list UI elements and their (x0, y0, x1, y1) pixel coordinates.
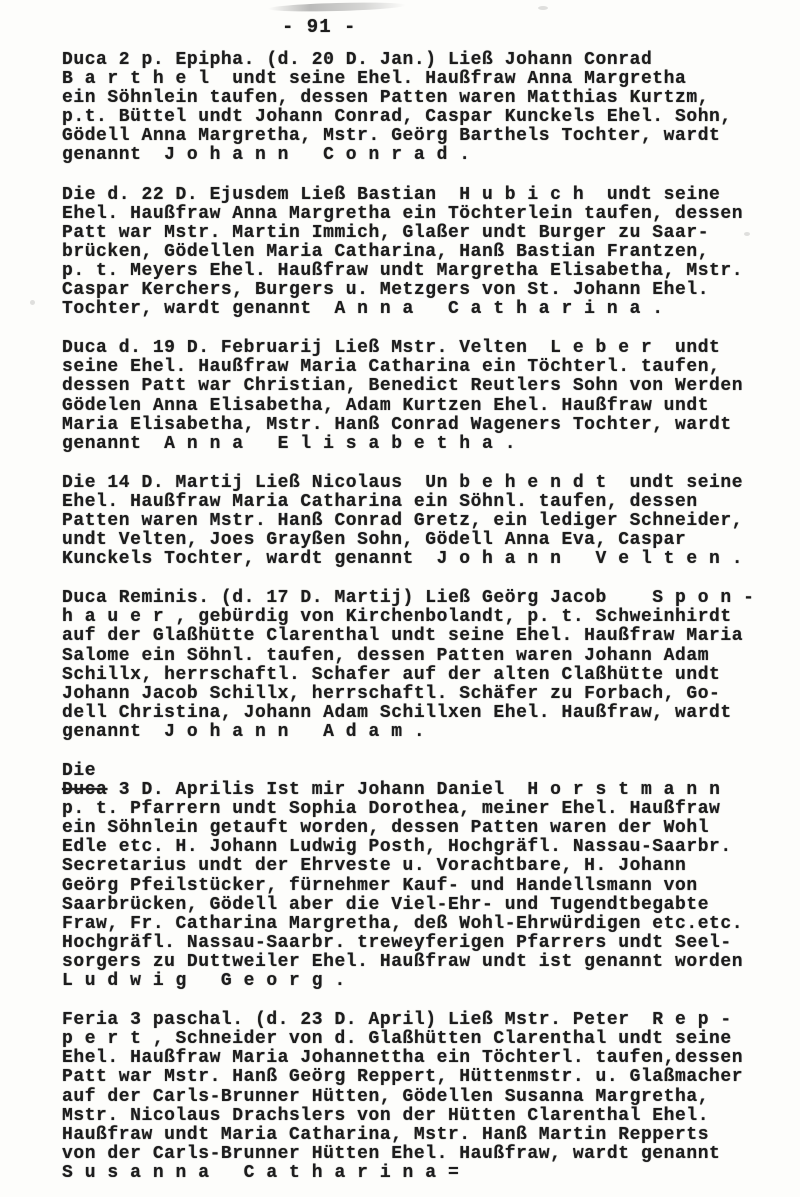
text-line: Saarbrücken, Gödell aber die Viel-Ehr- u… (62, 896, 800, 915)
text-line: genannt A n n a E l i s a b e t h a . (62, 435, 800, 454)
text-line: Salome ein Söhnl. taufen, dessen Patten … (62, 647, 800, 666)
page-number: - 91 - (282, 16, 800, 38)
baptism-entry: Duca d. 19 D. Februarij Ließ Mstr. Velte… (62, 339, 800, 454)
text-line: ein Söhnlein taufen, dessen Patten waren… (62, 89, 800, 108)
text-line: dessen Patt war Christian, Benedict Reut… (62, 377, 800, 396)
text-line: Ehel. Haußfraw Maria Johannettha ein Töc… (62, 1049, 800, 1068)
text-line: Feria 3 paschal. (d. 23 D. April) Ließ M… (62, 1011, 800, 1030)
baptism-entry: Duca 2 p. Epipha. (d. 20 D. Jan.) Ließ J… (62, 51, 800, 166)
text-line: genannt J o h a n n A d a m . (62, 723, 800, 742)
text-line: Fraw, Fr. Catharina Margretha, deß Wohl-… (62, 915, 800, 934)
text-line: Geörg Pfeilstücker, fürnehmer Kauf- und … (62, 877, 800, 896)
text-line: Die (62, 762, 800, 781)
baptism-entries: Duca 2 p. Epipha. (d. 20 D. Jan.) Ließ J… (62, 51, 800, 1183)
text-line: p e r t , Schneider von d. Glaßhütten Cl… (62, 1030, 800, 1049)
baptism-entry: Feria 3 paschal. (d. 23 D. April) Ließ M… (62, 1011, 800, 1183)
text-line: sorgers zu Duttweiler Ehel. Haußfraw und… (62, 953, 800, 972)
text-line: Patten waren Mstr. Hanß Conrad Gretz, ei… (62, 512, 800, 531)
scan-artifact-speck (744, 232, 750, 236)
scan-artifact-smudge (268, 1, 406, 13)
text-line: Patt war Mstr. Hanß Geörg Reppert, Hütte… (62, 1068, 800, 1087)
text-segment: 3 D. Aprilis Ist mir Johann Daniel H o r… (107, 780, 720, 800)
text-line: L u d w i g G e o r g . (62, 972, 800, 991)
text-line: p.t. Büttel undt Johann Conrad, Caspar K… (62, 108, 800, 127)
document-page: - 91 - Duca 2 p. Epipha. (d. 20 D. Jan.)… (0, 0, 800, 1197)
text-line: Die d. 22 D. Ejusdem Ließ Bastian H u b … (62, 186, 800, 205)
text-line: undt Velten, Joes Grayßen Sohn, Gödell A… (62, 531, 800, 550)
struck-text: Duca (62, 780, 107, 800)
text-line: auf der Carls-Brunner Hütten, Gödellen S… (62, 1088, 800, 1107)
text-line: Die 14 D. Martij Ließ Nicolaus Un b e h … (62, 474, 800, 493)
text-line: Caspar Kerchers, Burgers u. Metzgers von… (62, 281, 800, 300)
text-line: seine Ehel. Haußfraw Maria Catharina ein… (62, 358, 800, 377)
text-line: dell Christina, Johann Adam Schillxen Eh… (62, 704, 800, 723)
text-line: Duca 2 p. Epipha. (d. 20 D. Jan.) Ließ J… (62, 51, 800, 70)
text-line: Gödelen Anna Elisabetha, Adam Kurtzen Eh… (62, 397, 800, 416)
text-line: p. t. Pfarrern undt Sophia Dorothea, mei… (62, 800, 800, 819)
scan-artifact-speck (538, 6, 548, 10)
text-line: Patt war Mstr. Martin Immich, Glaßer und… (62, 224, 800, 243)
text-line: Gödell Anna Margretha, Mstr. Geörg Barth… (62, 127, 800, 146)
text-line: p. t. Meyers Ehel. Haußfraw undt Margret… (62, 262, 800, 281)
text-line: von der Carls-Brunner Hütten Ehel. Haußf… (62, 1145, 800, 1164)
text-line: Duca 3 D. Aprilis Ist mir Johann Daniel … (62, 781, 800, 800)
text-line: S u s a n n a C a t h a r i n a = (62, 1164, 800, 1183)
text-line: Hochgräfl. Nassau-Saarbr. treweyferigen … (62, 934, 800, 953)
text-line: Johann Jacob Schillx, herrschaftl. Schäf… (62, 685, 800, 704)
text-line: ein Söhnlein getauft worden, dessen Patt… (62, 819, 800, 838)
text-line: Tochter, wardt genannt A n n a C a t h a… (62, 300, 800, 319)
text-line: Ehel. Haußfraw Anna Margretha ein Töchte… (62, 205, 800, 224)
text-line: brücken, Gödellen Maria Catharina, Hanß … (62, 243, 800, 262)
text-line: Haußfraw undt Maria Catharina, Mstr. Han… (62, 1126, 800, 1145)
text-line: Secretarius undt der Ehrveste u. Voracht… (62, 857, 800, 876)
text-line: Duca Reminis. (d. 17 D. Martij) Ließ Geö… (62, 589, 800, 608)
text-line: Schillx, herrschaftl. Schafer auf der al… (62, 666, 800, 685)
baptism-entry: Die 14 D. Martij Ließ Nicolaus Un b e h … (62, 474, 800, 569)
baptism-entry: Die d. 22 D. Ejusdem Ließ Bastian H u b … (62, 186, 800, 320)
text-line: B a r t h e l undt seine Ehel. Haußfraw … (62, 70, 800, 89)
text-line: auf der Glaßhütte Clarenthal undt seine … (62, 627, 800, 646)
text-line: Mstr. Nicolaus Drachslers von der Hütten… (62, 1107, 800, 1126)
baptism-entry: Duca Reminis. (d. 17 D. Martij) Ließ Geö… (62, 589, 800, 742)
text-line: Kunckels Tochter, wardt genannt J o h a … (62, 550, 800, 569)
baptism-entry: DieDuca 3 D. Aprilis Ist mir Johann Dani… (62, 762, 800, 991)
text-line: h a u e r , gebürdig von Kirchenbolandt,… (62, 608, 800, 627)
text-line: Duca d. 19 D. Februarij Ließ Mstr. Velte… (62, 339, 800, 358)
text-line: Ehel. Haußfraw Maria Catharina ein Söhnl… (62, 493, 800, 512)
text-line: Edle etc. H. Johann Ludwig Posth, Hochgr… (62, 838, 800, 857)
scan-artifact-speck (30, 300, 35, 305)
text-line: Maria Elisabetha, Mstr. Hanß Conrad Wage… (62, 416, 800, 435)
text-line: genannt J o h a n n C o n r a d . (62, 146, 800, 165)
